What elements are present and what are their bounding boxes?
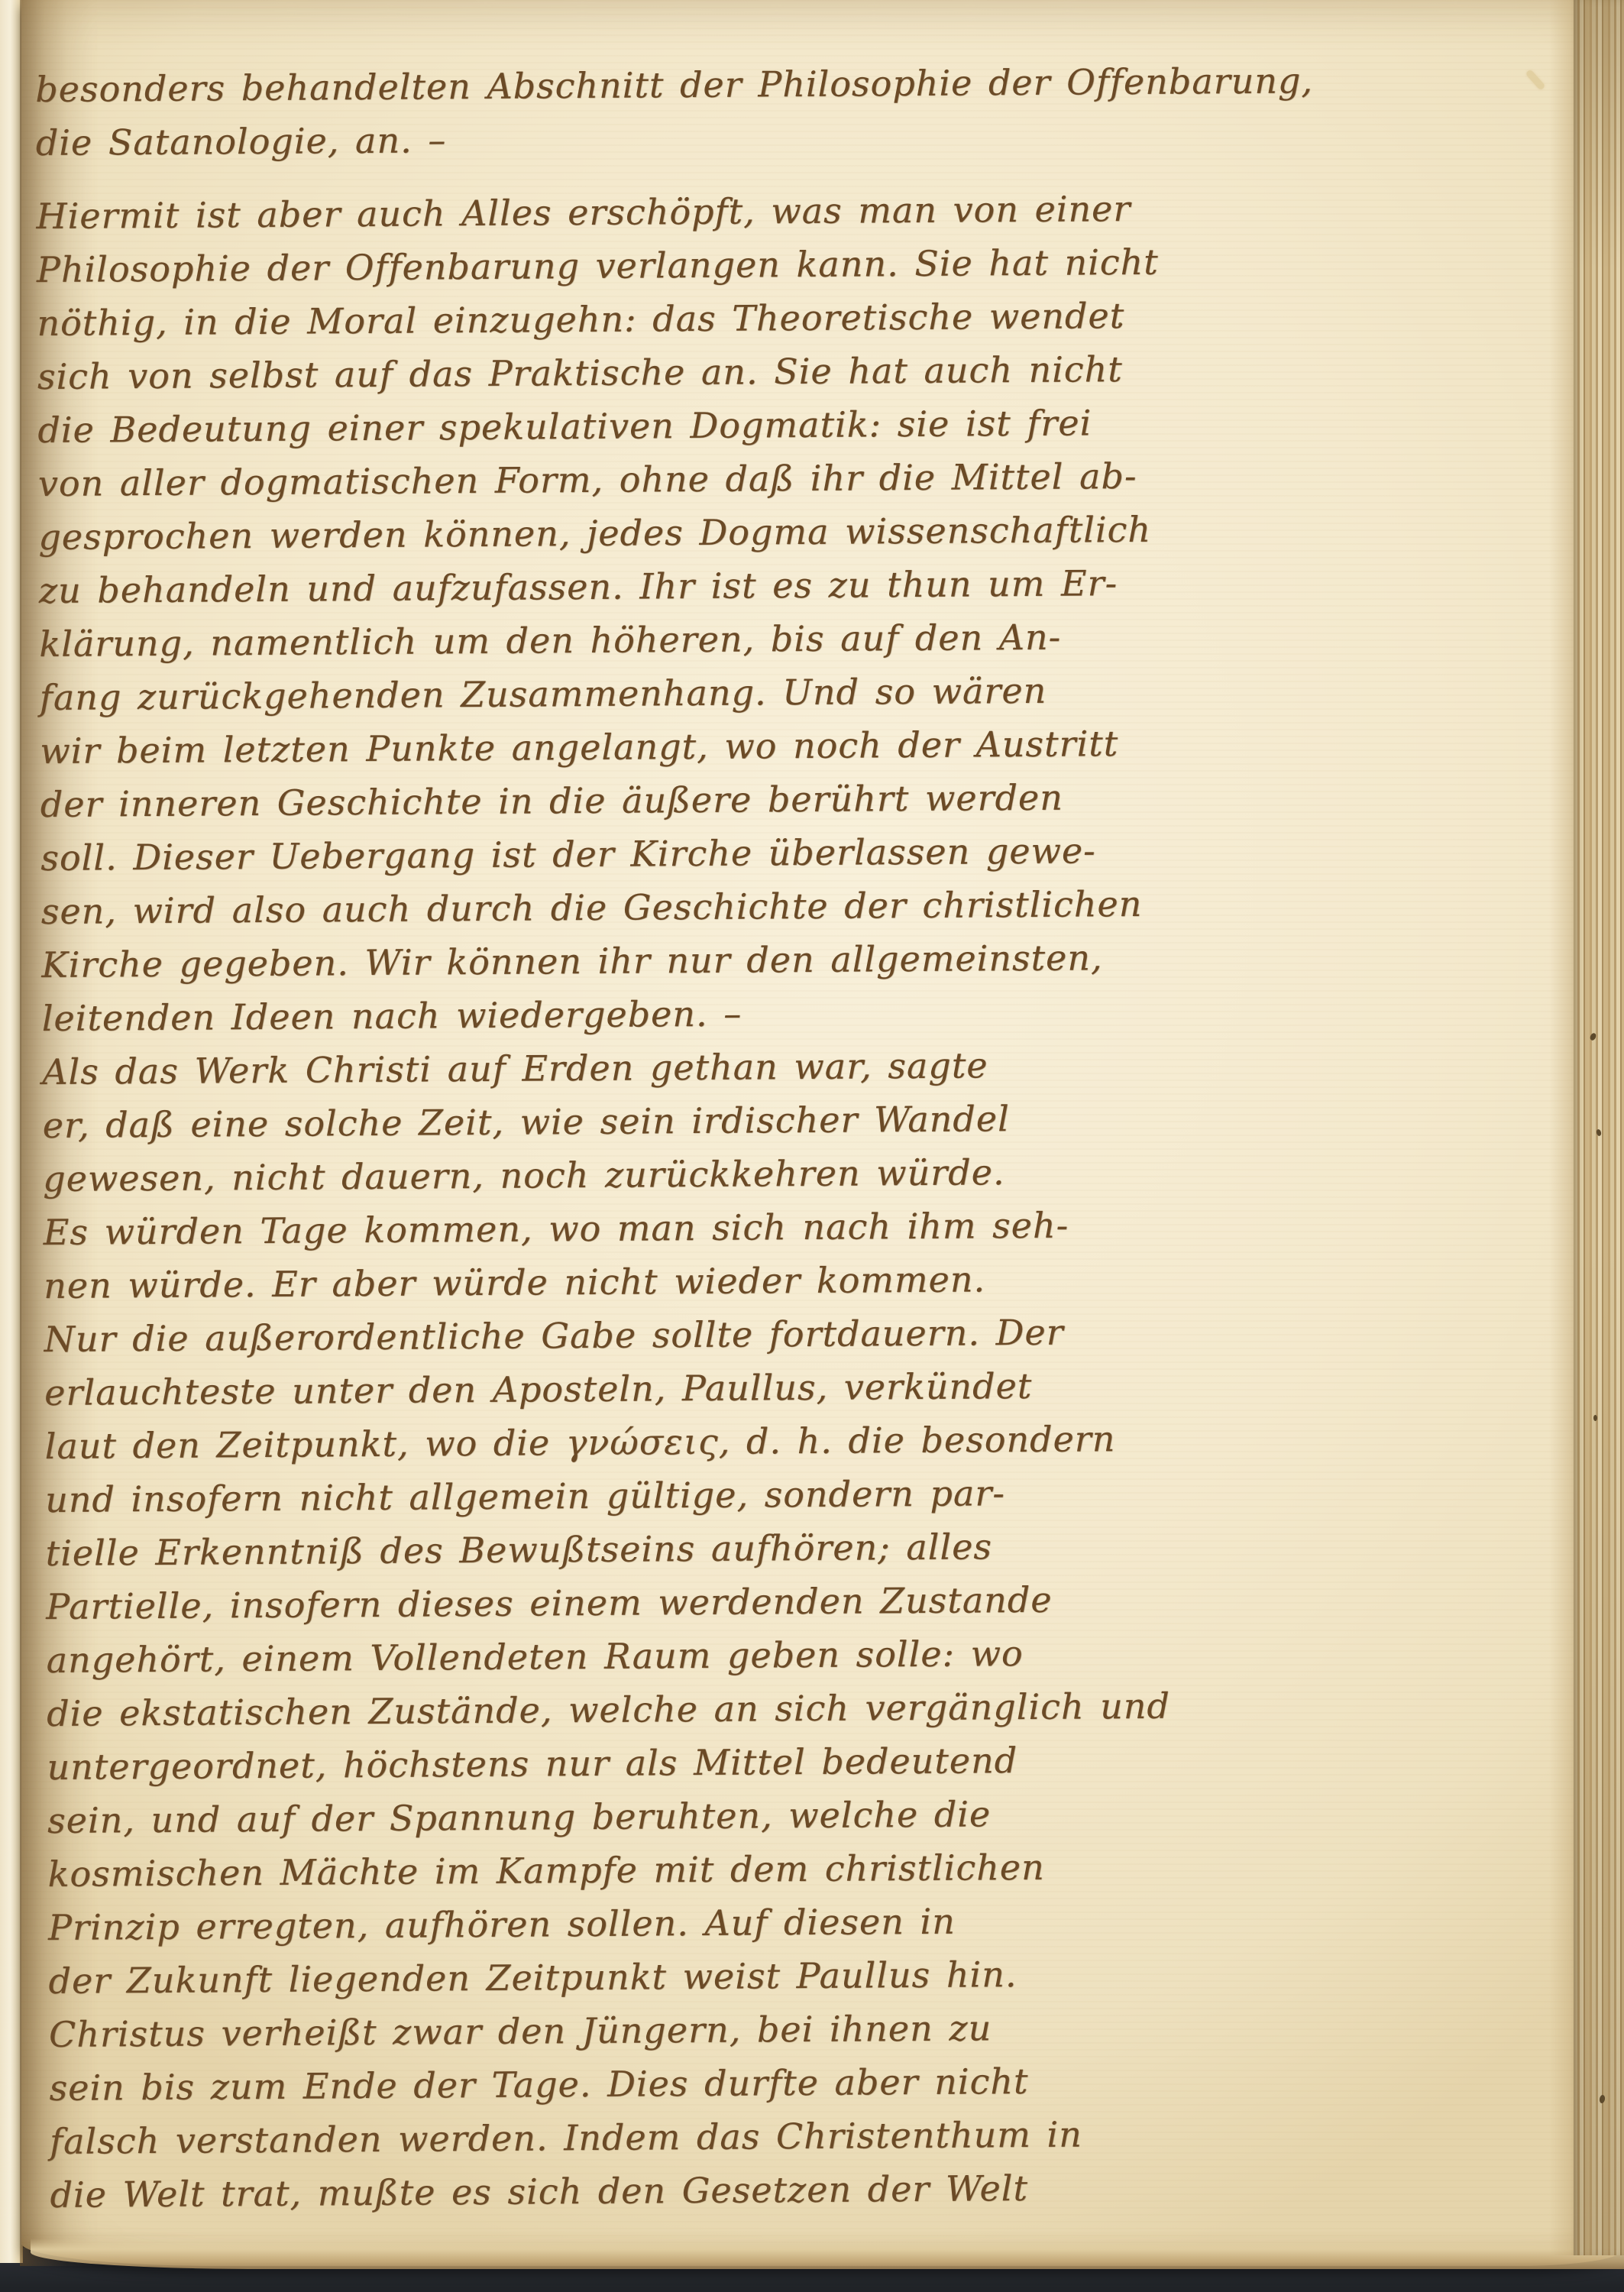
manuscript-line: sein, und auf der Spannung beruhten, wel… [47, 1785, 1254, 1847]
ink-speck [1593, 1415, 1597, 1421]
manuscript-line: soll. Dieser Uebergang ist der Kirche üb… [40, 823, 1247, 885]
manuscript-line: erlauchteste unter den Aposteln, Paullus… [44, 1358, 1251, 1420]
manuscript-line: Als das Werk Christi auf Erden gethan wa… [42, 1037, 1249, 1099]
manuscript-line: zu behandeln und aufzufassen. Ihr ist es… [39, 555, 1246, 617]
manuscript-line: er, daß eine solche Zeit, wie sein irdis… [42, 1090, 1249, 1152]
manuscript-line: die ekstatischen Zustände, welche an sic… [47, 1679, 1254, 1740]
manuscript-line: falsch verstanden werden. Indem das Chri… [50, 2106, 1257, 2168]
manuscript-line: Philosophie der Offenbarung verlangen ka… [37, 235, 1244, 296]
manuscript-line: nen würde. Er aber würde nicht wieder ko… [44, 1251, 1250, 1313]
manuscript-line: besonders behandelten Abschnitt der Phil… [35, 54, 1242, 116]
handwritten-text: besonders behandelten Abschnitt der Phil… [35, 54, 1257, 2222]
manuscript-line: Prinzip erregten, aufhören sollen. Auf d… [48, 1892, 1255, 1954]
manuscript-line: gesprochen werden können, jedes Dogma wi… [38, 502, 1245, 564]
manuscript-line: sein bis zum Ende der Tage. Dies durfte … [49, 2053, 1256, 2115]
manuscript-line: tielle Erkenntniß des Bewußtseins aufhör… [45, 1518, 1252, 1580]
manuscript-line: nöthig, in die Moral einzugehn: das Theo… [37, 288, 1244, 350]
manuscript-line: der inneren Geschichte in die äußere ber… [40, 769, 1247, 831]
manuscript-line: Es würden Tage kommen, wo man sich nach … [43, 1197, 1250, 1259]
manuscript-line: klärung, namentlich um den höheren, bis … [39, 609, 1246, 671]
page-bottom-edge [31, 2239, 1624, 2269]
manuscript-line: wir beim letzten Punkte angelangt, wo no… [40, 716, 1247, 778]
manuscript-line: angehört, einem Vollendeten Raum geben s… [46, 1625, 1253, 1687]
manuscript-line: die Welt trat, mußte es sich den Gesetze… [50, 2160, 1257, 2222]
manuscript-line: laut den Zeitpunkt, wo die γνώσεις, d. h… [44, 1411, 1251, 1473]
manuscript-line: Hiermit ist aber auch Alles erschöpft, w… [36, 181, 1243, 243]
manuscript-line: Christus verheißt zwar den Jüngern, bei … [49, 1999, 1256, 2061]
manuscript-line: Nur die außerordentliche Gabe sollte for… [44, 1304, 1250, 1366]
manuscript-line: Partielle, insofern dieses einem werdend… [46, 1572, 1253, 1633]
manuscript-line: von aller dogmatischen Form, ohne daß ih… [38, 448, 1245, 510]
manuscript-line: untergeordnet, höchstens nur als Mittel … [47, 1732, 1254, 1794]
manuscript-line: leitenden Ideen nach wiedergeben. – [41, 983, 1248, 1045]
manuscript-line: gewesen, nicht dauern, noch zurückkehren… [43, 1144, 1250, 1206]
manuscript-line: der Zukunft liegenden Zeitpunkt weist Pa… [48, 1946, 1255, 2008]
manuscript-line: Kirche gegeben. Wir können ihr nur den a… [41, 930, 1248, 992]
fore-edge [1574, 0, 1624, 2255]
book-photo: besonders behandelten Abschnitt der Phil… [0, 0, 1624, 2292]
manuscript-line: sen, wird also auch durch die Geschichte… [41, 876, 1248, 938]
manuscript-line: die Satanologie, an. – [35, 108, 1242, 170]
manuscript-line: die Bedeutung einer spekulativen Dogmati… [37, 395, 1244, 457]
manuscript-line: fang zurückgehenden Zusammenhang. Und so… [40, 662, 1247, 724]
manuscript-line: und insofern nicht allgemein gültige, so… [45, 1465, 1252, 1526]
manuscript-line: kosmischen Mächte im Kampfe mit dem chri… [47, 1839, 1254, 1901]
manuscript-line: sich von selbst auf das Praktische an. S… [37, 342, 1244, 403]
